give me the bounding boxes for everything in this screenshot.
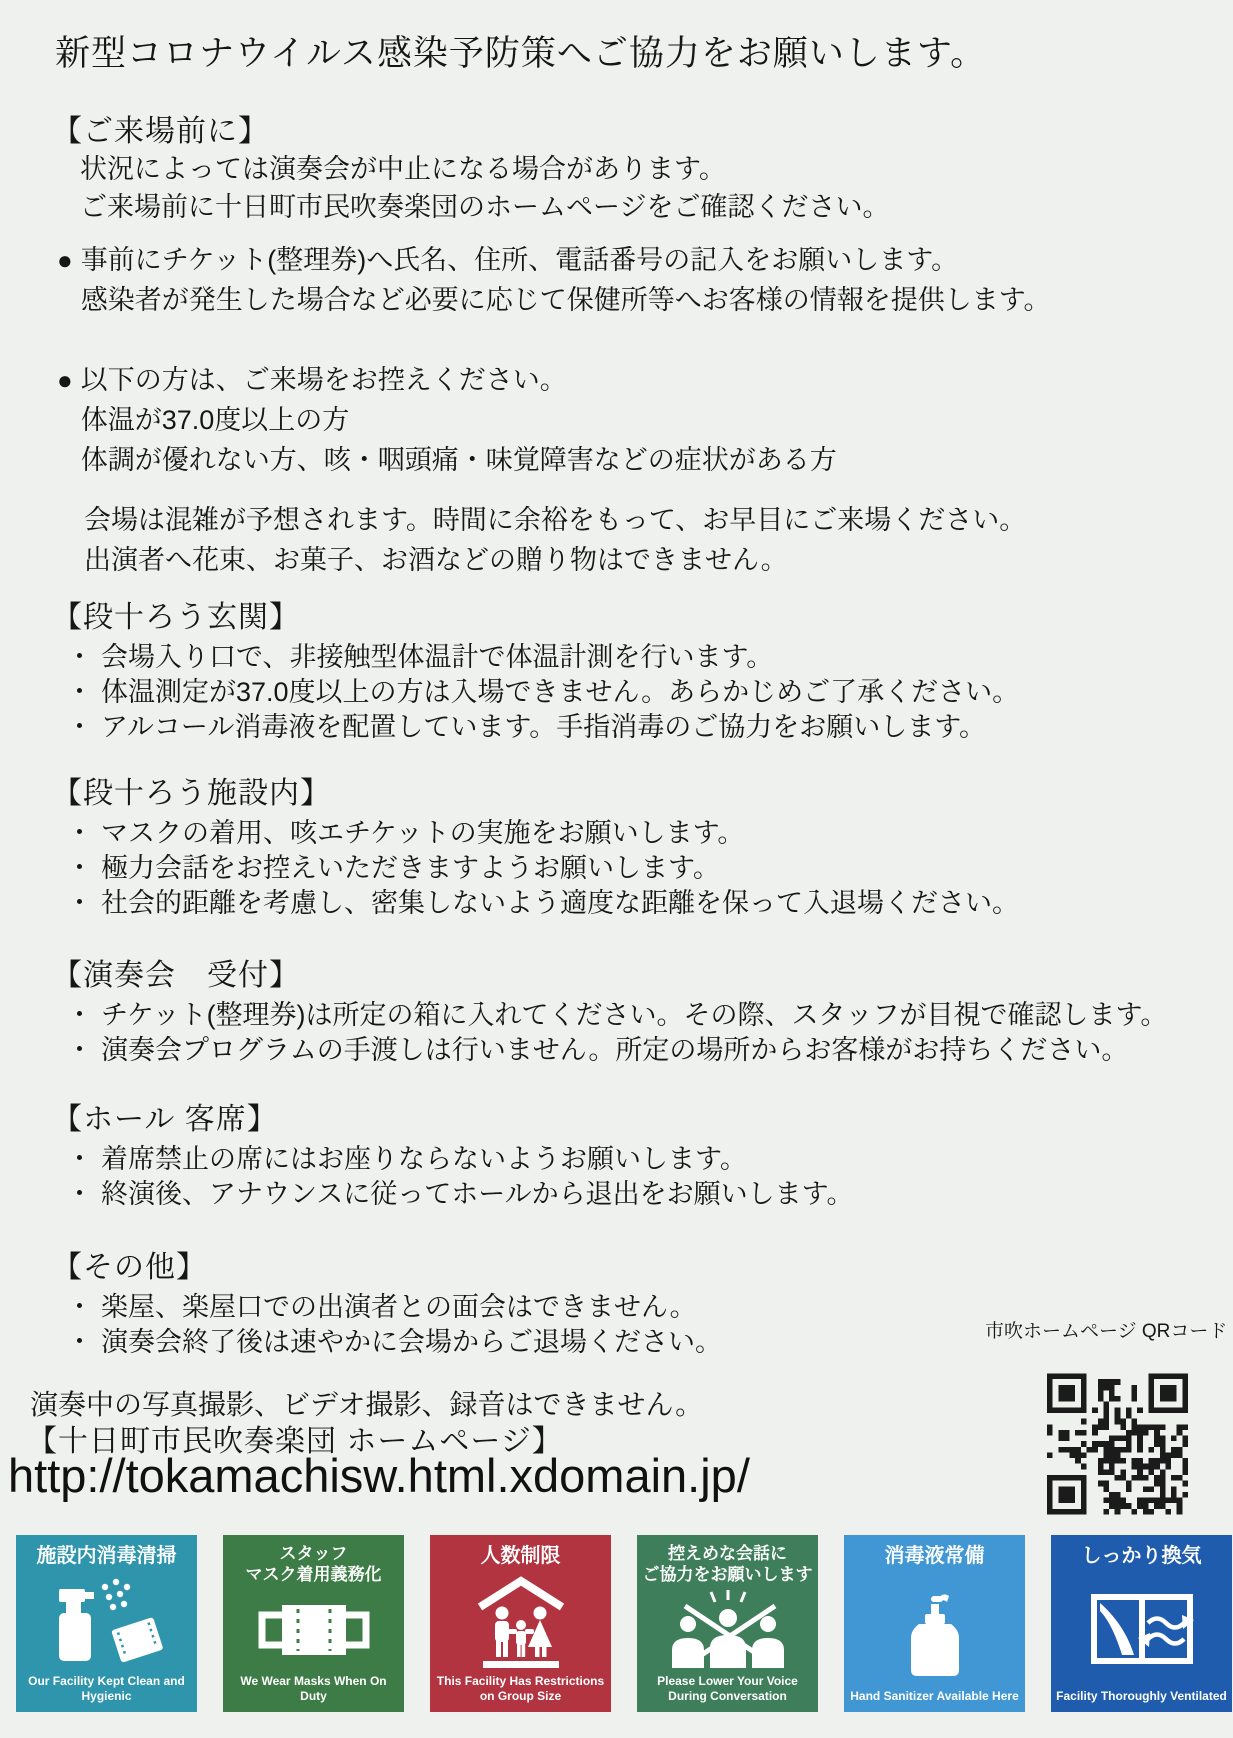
- notice-refrain: ● 以下の方は、ご来場をお控えください。 体温が37.0度以上の方 体調が優れな…: [57, 360, 837, 480]
- list-item-text: アルコール消毒液を配置しています。手指消毒のご協力をお願いします。: [101, 712, 986, 742]
- sanitizer-bottle-icon: [895, 1568, 975, 1689]
- bullet-dot: ・: [66, 818, 93, 848]
- bullet-dot: ・: [66, 888, 93, 918]
- list-item-text: 体温測定が37.0度以上の方は入場できません。あらかじめご了承ください。: [101, 677, 1019, 707]
- section-reception: 【演奏会 受付】 ・チケット(整理券)は所定の箱に入れてください。その際、スタッ…: [52, 950, 1167, 1068]
- section-entrance: 【段十ろう玄関】 ・会場入り口で、非接触型体温計で体温計測を行います。 ・体温測…: [52, 592, 1019, 745]
- bullet-dot: ・: [66, 642, 93, 672]
- list-item-text: 演奏会プログラムの手渡しは行いません。所定の場所からお客様がお持ちください。: [101, 1035, 1128, 1065]
- badge-title: 施設内消毒清掃: [37, 1544, 177, 1568]
- qr-code-image: [1047, 1372, 1188, 1516]
- notice-line: 事前にチケット(整理券)へ氏名、住所、電話番号の記入をお願いします。: [81, 240, 1051, 280]
- bullet-circle-icon: ●: [57, 240, 73, 280]
- section-others: 【その他】 ・楽屋、楽屋口での出演者との面会はできません。 ・演奏会終了後は速や…: [52, 1242, 722, 1360]
- list-item: ・体温測定が37.0度以上の方は入場できません。あらかじめご了承ください。: [66, 675, 1019, 710]
- bullet-dot: ・: [66, 1035, 93, 1065]
- list-item: ・チケット(整理券)は所定の箱に入れてください。その際、スタッフが目視で確認しま…: [66, 998, 1167, 1033]
- qr-code: [1047, 1372, 1188, 1516]
- section-hall-seats: 【ホール 客席】 ・着席禁止の席にはお座りならないようお願いします。 ・終演後、…: [52, 1094, 854, 1212]
- list-item-text: 社会的距離を考慮し、密集しないよう適度な距離を保って入退場ください。: [101, 888, 1019, 918]
- body-line: 状況によっては演奏会が中止になる場合があります。: [80, 150, 889, 188]
- section-pre-visit: 【ご来場前に】 状況によっては演奏会が中止になる場合があります。 ご来場前に十日…: [52, 106, 889, 226]
- badge-quiet-conversation: 控えめな会話に ご協力をお願いします Please: [637, 1535, 818, 1712]
- list-item: ・演奏会終了後は速やかに会場からご退場ください。: [66, 1325, 722, 1360]
- list-item-text: 会場入り口で、非接触型体温計で体温計測を行います。: [101, 642, 773, 672]
- section-heading: 【その他】: [52, 1242, 722, 1286]
- notice-ticket: ● 事前にチケット(整理券)へ氏名、住所、電話番号の記入をお願いします。 感染者…: [57, 240, 1051, 320]
- page-title: 新型コロナウイルス感染予防策へご協力をお願いします。: [55, 26, 986, 76]
- homepage-url: http://tokamachisw.html.xdomain.jp/: [8, 1448, 750, 1503]
- quiet-conversation-icon: [663, 1585, 793, 1674]
- badge-facility-cleaning: 施設内消毒清掃: [16, 1535, 197, 1712]
- list-item-text: 楽屋、楽屋口での出演者との面会はできません。: [101, 1292, 697, 1322]
- list-item: ・演奏会プログラムの手渡しは行いません。所定の場所からお客様がお持ちください。: [66, 1033, 1167, 1068]
- notice-line: 体調が優れない方、咳・咽頭痛・味覚障害などの症状がある方: [81, 440, 837, 480]
- notice-line: 会場は混雑が予想されます。時間に余裕をもって、お早目にご来場ください。: [84, 500, 1026, 540]
- list-item-text: マスクの着用、咳エチケットの実施をお願いします。: [101, 818, 744, 848]
- list-item: ・楽屋、楽屋口での出演者との面会はできません。: [66, 1290, 722, 1325]
- section-heading: 【段十ろう施設内】: [52, 768, 1019, 812]
- badge-group-size-limit: 人数制限: [430, 1535, 611, 1712]
- bullet-dot: ・: [66, 853, 93, 883]
- bullet-dot: ・: [66, 1292, 93, 1322]
- badge-caption: Facility Thoroughly Ventilated: [1056, 1689, 1227, 1704]
- badge-hand-sanitizer: 消毒液常備 Hand Sanitizer Available Here: [844, 1535, 1025, 1712]
- section-heading: 【演奏会 受付】: [52, 950, 1167, 994]
- badge-caption: Our Facility Kept Clean and Hygienic: [20, 1674, 193, 1704]
- bullet-dot: ・: [66, 712, 93, 742]
- ventilation-icon: [1082, 1568, 1202, 1689]
- badge-ventilation: しっかり換気 Facility Thoroughly Ventilated: [1051, 1535, 1232, 1712]
- section-heading: 【ご来場前に】: [52, 106, 889, 150]
- bullet-circle-icon: ●: [57, 360, 73, 400]
- body-line: ご来場前に十日町市民吹奏楽団のホームページをご確認ください。: [80, 188, 889, 226]
- notice-line: 感染者が発生した場合など必要に応じて保健所等へお客様の情報を提供します。: [81, 280, 1051, 320]
- list-item: ・社会的距離を考慮し、密集しないよう適度な距離を保って入退場ください。: [66, 886, 1019, 921]
- notice-crowding: 会場は混雑が予想されます。時間に余裕をもって、お早目にご来場ください。 出演者へ…: [84, 500, 1026, 580]
- list-item-text: 極力会話をお控えいただきますようお願いします。: [101, 853, 720, 883]
- badge-caption: We Wear Masks When On Duty: [227, 1674, 400, 1704]
- list-item: ・終演後、アナウンスに従ってホールから退出をお願いします。: [66, 1177, 854, 1212]
- notice-line: 出演者へ花束、お菓子、お酒などの贈り物はできません。: [84, 540, 1026, 580]
- badge-staff-masks: スタッフ マスク着用義務化 We Wear Masks When On Duty: [223, 1535, 404, 1712]
- family-house-icon: [466, 1568, 576, 1674]
- bullet-dot: ・: [66, 1000, 93, 1030]
- list-item: ・会場入り口で、非接触型体温計で体温計測を行います。: [66, 640, 1019, 675]
- list-item-text: 演奏会終了後は速やかに会場からご退場ください。: [101, 1327, 722, 1357]
- list-item-text: 終演後、アナウンスに従ってホールから退出をお願いします。: [101, 1179, 854, 1209]
- bullet-dot: ・: [66, 1327, 93, 1357]
- list-item: ・極力会話をお控えいただきますようお願いします。: [66, 851, 1019, 886]
- notice-line: 体温が37.0度以上の方: [81, 400, 837, 440]
- section-heading: 【段十ろう玄関】: [52, 592, 1019, 636]
- badge-title: しっかり換気: [1082, 1544, 1202, 1568]
- section-inside-facility: 【段十ろう施設内】 ・マスクの着用、咳エチケットの実施をお願いします。 ・極力会…: [52, 768, 1019, 921]
- list-item-text: 着席禁止の席にはお座りならないようお願いします。: [101, 1144, 747, 1174]
- list-item: ・アルコール消毒液を配置しています。手指消毒のご協力をお願いします。: [66, 710, 1019, 745]
- badge-title: スタッフ マスク着用義務化: [246, 1544, 382, 1585]
- covid-pictogram-row: 施設内消毒清掃: [16, 1535, 1232, 1712]
- badge-title: 人数制限: [481, 1544, 561, 1568]
- badge-caption: Hand Sanitizer Available Here: [850, 1689, 1019, 1704]
- bullet-dot: ・: [66, 677, 93, 707]
- section-heading: 【ホール 客席】: [52, 1094, 854, 1138]
- badge-caption: Please Lower Your Voice During Conversat…: [641, 1674, 814, 1704]
- bullet-dot: ・: [66, 1144, 93, 1174]
- list-item-text: チケット(整理券)は所定の箱に入れてください。その際、スタッフが目視で確認します…: [101, 1000, 1167, 1030]
- bullet-dot: ・: [66, 1179, 93, 1209]
- flyer-page: 新型コロナウイルス感染予防策へご協力をお願いします。 【ご来場前に】 状況によっ…: [0, 0, 1233, 1738]
- notice-line: 以下の方は、ご来場をお控えください。: [81, 360, 837, 400]
- face-mask-icon: [254, 1585, 374, 1674]
- badge-title: 消毒液常備: [885, 1544, 985, 1568]
- badge-caption: This Facility Has Restrictions on Group …: [434, 1674, 607, 1704]
- list-item: ・着席禁止の席にはお座りならないようお願いします。: [66, 1142, 854, 1177]
- spray-clean-icon: [47, 1568, 167, 1674]
- qr-code-label: 市吹ホームページ QRコード: [985, 1316, 1225, 1343]
- badge-title: 控えめな会話に ご協力をお願いします: [643, 1544, 813, 1585]
- list-item: ・マスクの着用、咳エチケットの実施をお願いします。: [66, 816, 1019, 851]
